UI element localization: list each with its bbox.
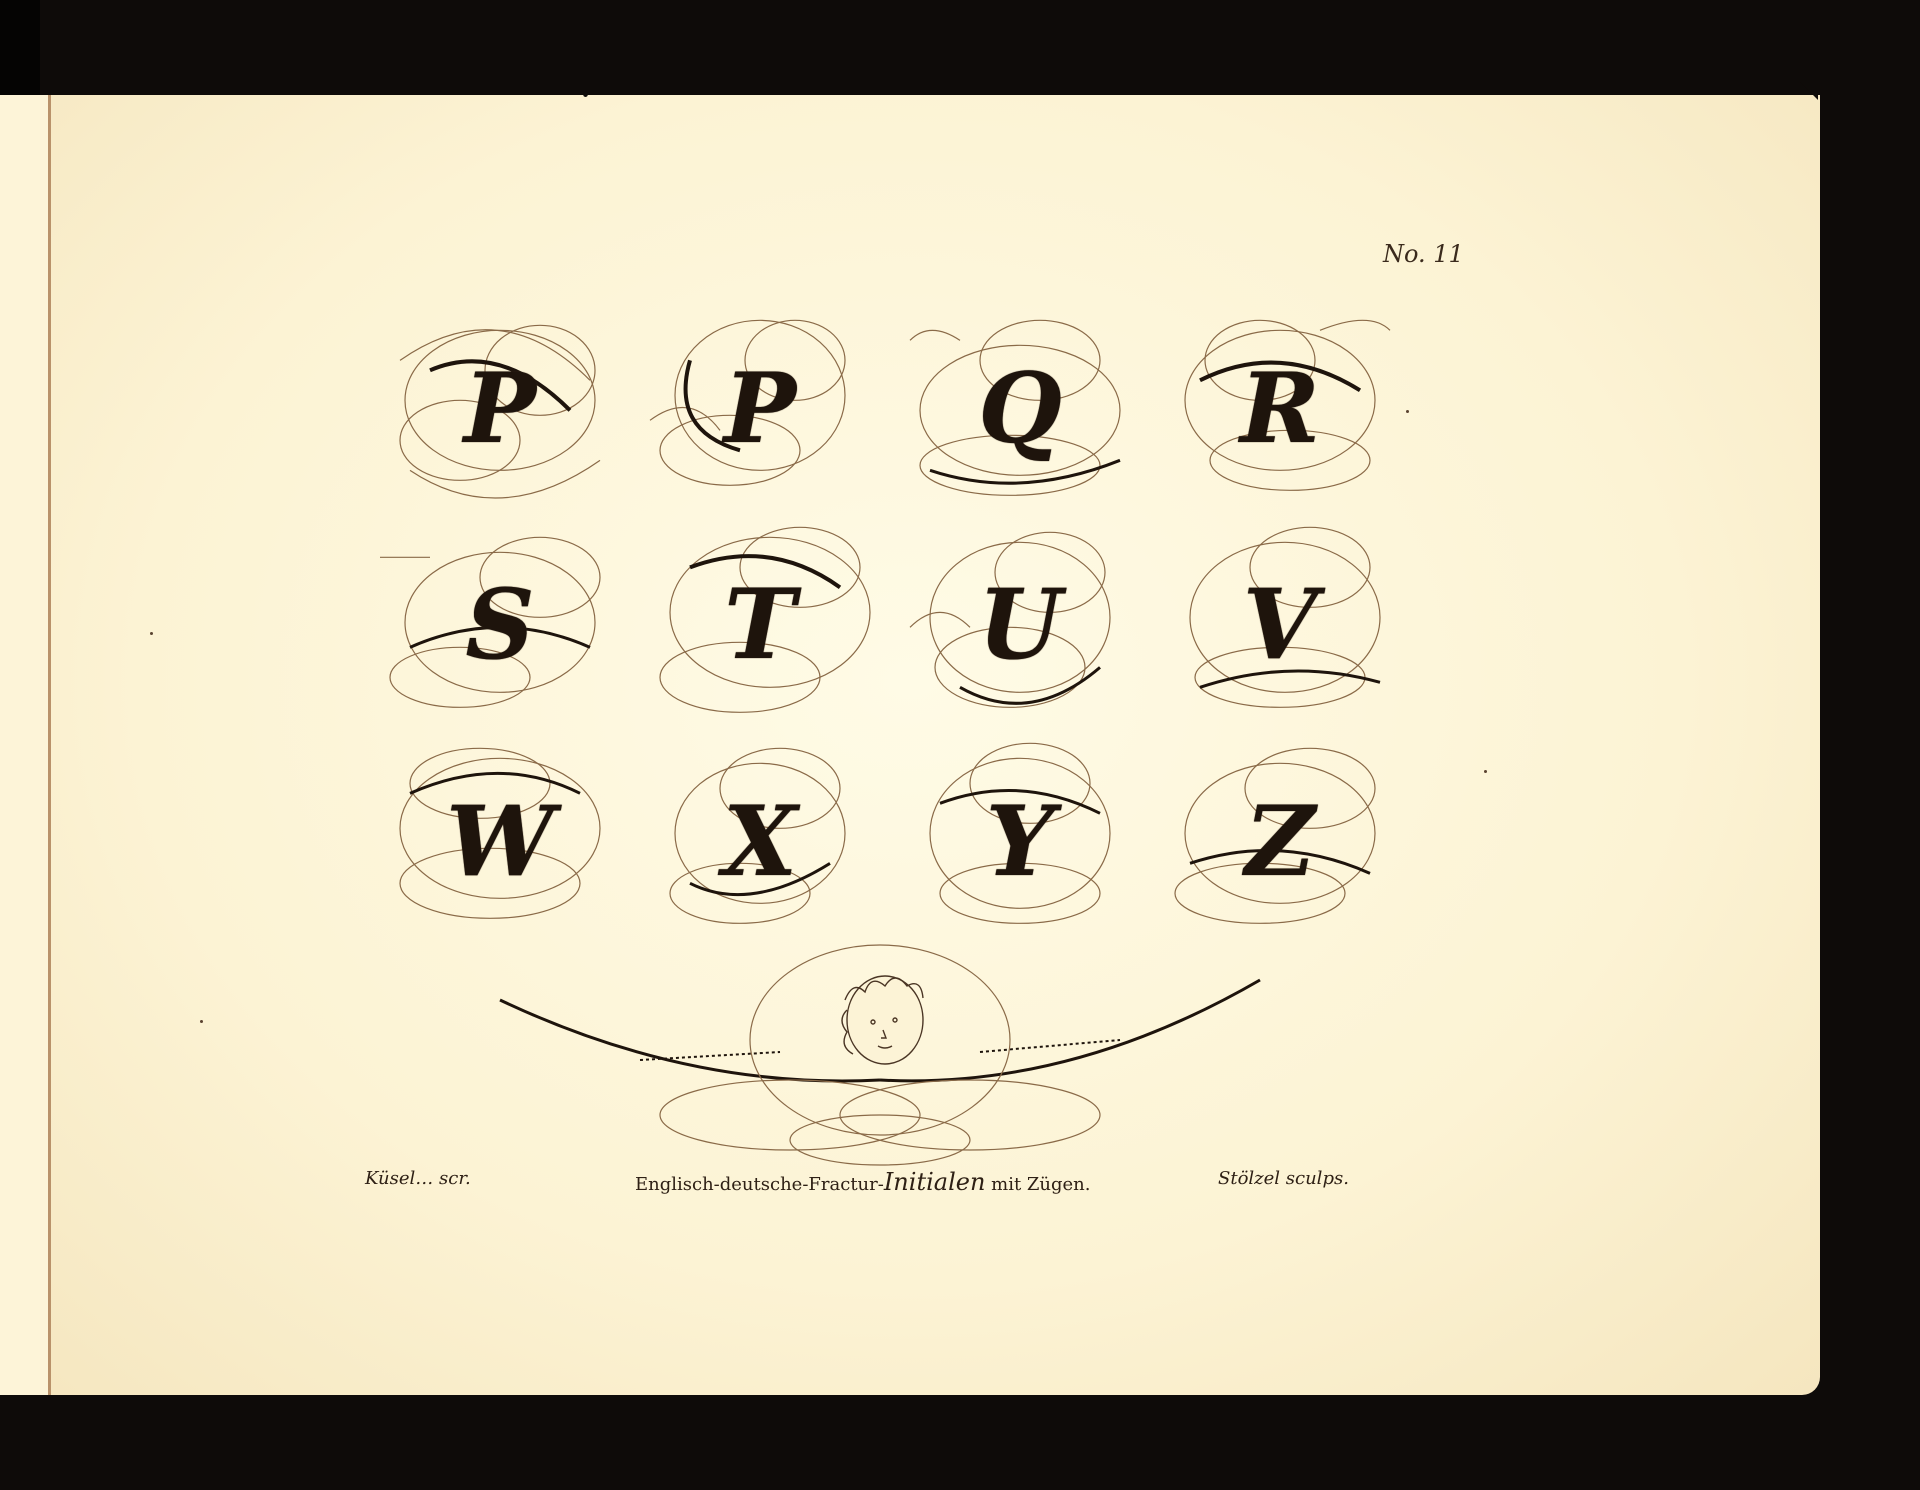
- initial-letter: R: [1150, 300, 1410, 517]
- paper-speck: [200, 1020, 203, 1023]
- initial-letter: W: [370, 733, 630, 950]
- initial-letter: Q: [890, 300, 1150, 517]
- plate-title-suffix: mit Zügen.: [985, 1174, 1090, 1195]
- paper-speck: [1406, 410, 1409, 413]
- letter-glyph: X: [723, 785, 797, 898]
- page-corner-fold: [1800, 82, 1818, 100]
- cherub-ornament-icon: [490, 940, 1270, 1170]
- letter-glyph: Q: [978, 352, 1062, 465]
- paper-speck: [150, 632, 153, 635]
- initial-letter: P: [370, 300, 630, 517]
- letter-glyph: P: [724, 352, 796, 465]
- scribe-credit: Küsel… scr.: [365, 1168, 471, 1189]
- plate-number: No. 11: [1383, 240, 1464, 268]
- initial-letter: U: [890, 517, 1150, 734]
- letter-glyph: Z: [1245, 785, 1315, 898]
- initial-letter: Z: [1150, 733, 1410, 950]
- letter-glyph: W: [446, 785, 554, 898]
- paper-speck: [583, 91, 588, 97]
- plate-title-script: Initialen: [884, 1168, 986, 1196]
- plate-title-prefix: Englisch-deutsche-Fractur-: [635, 1174, 884, 1195]
- letter-glyph: T: [724, 568, 795, 681]
- plate-title: Englisch-deutsche-Fractur-Initialen mit …: [635, 1168, 1091, 1196]
- initial-letter: V: [1150, 517, 1410, 734]
- initials-grid: P P Q R S T U V W X Y Z: [370, 300, 1410, 950]
- engraver-credit: Stölzel sculps.: [1218, 1168, 1349, 1189]
- initial-letter: X: [630, 733, 890, 950]
- letter-glyph: Y: [986, 785, 1055, 898]
- paper-speck: [1484, 770, 1487, 773]
- letter-glyph: P: [464, 352, 536, 465]
- letter-glyph: S: [465, 568, 534, 681]
- initial-letter: Y: [890, 733, 1150, 950]
- initial-letter: S: [370, 517, 630, 734]
- initial-letter: P: [630, 300, 890, 517]
- letter-glyph: U: [978, 568, 1062, 681]
- letter-glyph: V: [1243, 568, 1317, 681]
- cherub-face: [842, 976, 923, 1064]
- letter-glyph: R: [1240, 352, 1320, 465]
- spine-shadow: [0, 0, 40, 95]
- left-page-edge: [0, 95, 51, 1395]
- initial-letter: T: [630, 517, 890, 734]
